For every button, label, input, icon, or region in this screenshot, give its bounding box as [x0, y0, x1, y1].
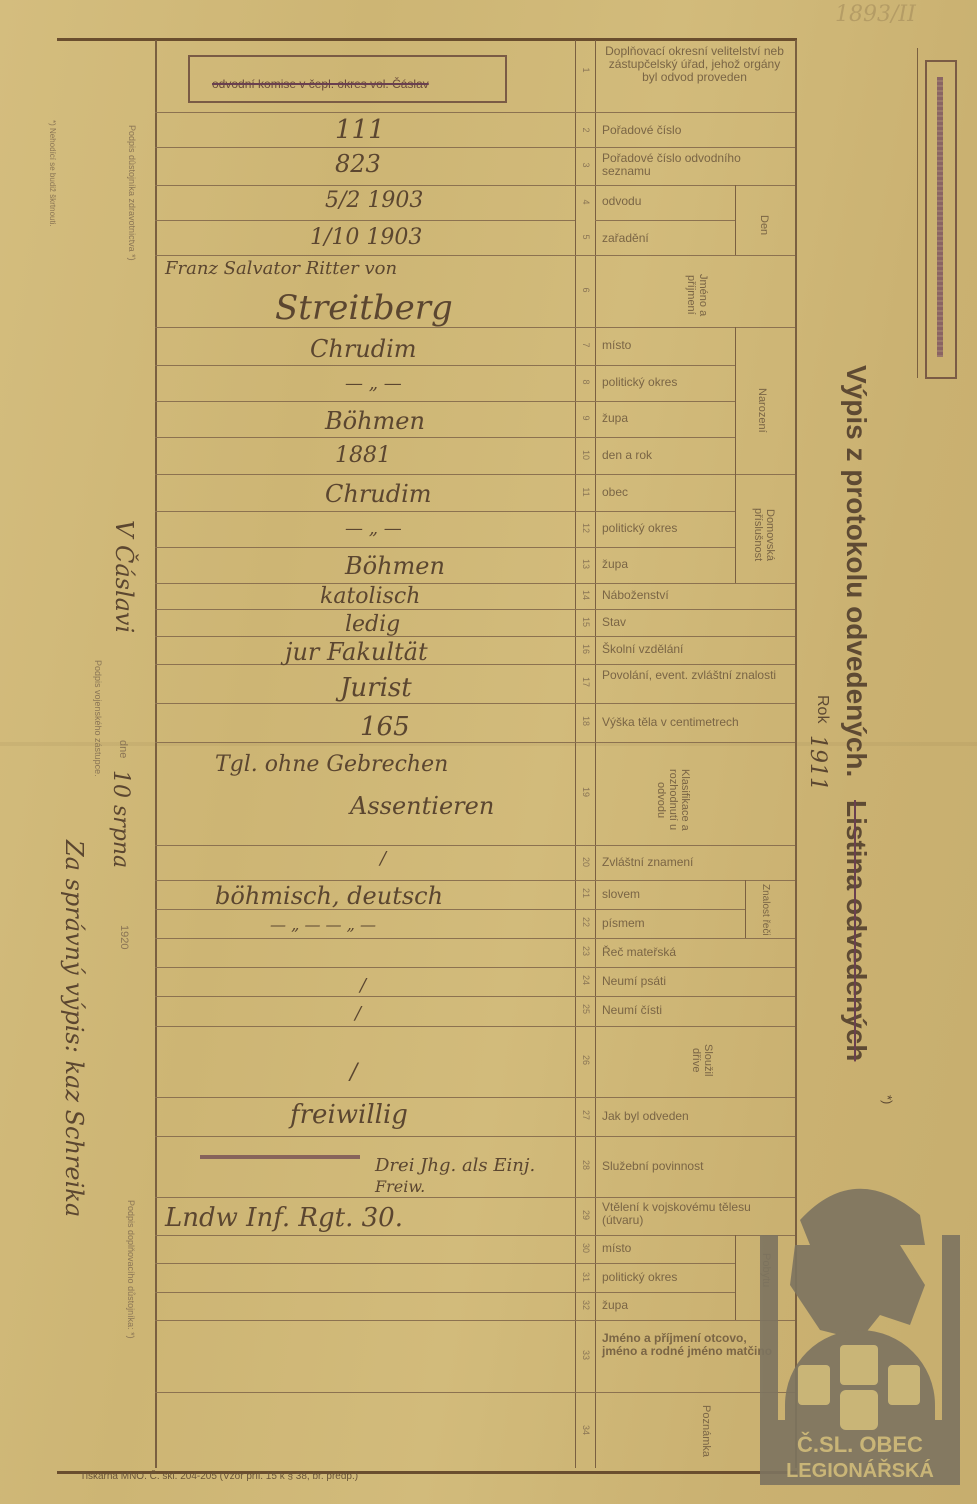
field-label-how-drafted: Jak byl odveden — [602, 1110, 689, 1123]
row-divider — [155, 938, 795, 939]
place-value: V Čáslavi — [110, 520, 138, 633]
row-number: 8 — [581, 373, 591, 391]
row-divider — [155, 1026, 795, 1027]
row-number: 2 — [581, 121, 591, 139]
field-label-service-duty: Služební povinnost — [602, 1160, 703, 1173]
struck-stamp-right — [925, 60, 957, 379]
value-service-duty-2: Freiw. — [375, 1177, 425, 1196]
group-label-birth: Narození — [756, 370, 768, 450]
row-number: 6 — [581, 281, 591, 299]
row-number: 3 — [581, 156, 591, 174]
row-number: 10 — [581, 446, 591, 464]
row-divider — [155, 474, 795, 475]
value-classification: Tgl. ohne Gebrechen — [215, 752, 448, 777]
group-divider — [735, 1235, 736, 1320]
field-label-height: Výška těla v centimetrech — [602, 716, 739, 729]
row-number: 29 — [581, 1206, 591, 1224]
value-marks: / — [380, 848, 386, 869]
row-number: 15 — [581, 613, 591, 631]
field-label-assignment-day: zařadění — [602, 232, 649, 245]
row-number: 7 — [581, 336, 591, 354]
struck-printed-text — [200, 1155, 360, 1159]
field-label-birth-date: den a rok — [602, 449, 652, 462]
value-birth-place: Chrudim — [310, 335, 417, 363]
row-divider — [155, 845, 795, 846]
stamp-text: odvodní komise v čepl. okres vol. Čáslav — [212, 77, 429, 91]
value-lang-spoken: böhmisch, deutsch — [215, 882, 443, 910]
year-value-left: 1920 — [118, 925, 130, 949]
medical-officer-signature-label: Podpis dûstojníka zdravotnictva *) — [127, 125, 137, 261]
row-number: 21 — [581, 884, 591, 902]
field-label-stay-district: politický okres — [602, 1271, 677, 1284]
row-number: 30 — [581, 1239, 591, 1257]
row-divider — [155, 967, 795, 968]
row-number: 12 — [581, 519, 591, 537]
row-number: 9 — [581, 409, 591, 427]
row-divider — [155, 112, 795, 113]
row-divider — [155, 1097, 795, 1098]
value-first-name: Franz Salvator Ritter von — [165, 258, 397, 279]
value-education: jur Fakultät — [285, 638, 428, 666]
commission-stamp: odvodní komise v čepl. okres vol. Čáslav — [188, 55, 507, 103]
handwritten-certification: Za správný výpis: kaz Schreika — [60, 840, 88, 1217]
row-divider — [595, 220, 735, 221]
field-label-list-number: Pořadové číslo odvodního seznamu — [602, 152, 787, 178]
row-divider — [155, 255, 795, 256]
field-label-lang-written: písmem — [602, 917, 645, 930]
value-cannot-write: / — [360, 975, 366, 996]
field-label-stay-place: místo — [602, 1242, 631, 1255]
row-divider — [155, 437, 735, 438]
value-decision: Assentieren — [350, 792, 494, 820]
printer-footer: Tiskárna MNO. Č. skl. 204-205 (Vzor příl… — [80, 1471, 358, 1482]
year-label: Rok — [813, 695, 831, 723]
row-number: 33 — [581, 1346, 591, 1364]
value-birth-year: 1881 — [335, 443, 391, 468]
row-number: 34 — [581, 1421, 591, 1439]
row-number: 24 — [581, 971, 591, 989]
row-divider — [155, 703, 795, 704]
row-divider — [155, 1136, 795, 1137]
field-label-birth-region: župa — [602, 412, 628, 425]
field-label-home-region: župa — [602, 558, 628, 571]
row-number: 22 — [581, 913, 591, 931]
row-divider — [155, 1197, 795, 1198]
row-number: 14 — [581, 586, 591, 604]
svg-text:LEGIONÁŘSKÁ: LEGIONÁŘSKÁ — [786, 1458, 934, 1482]
group-label-language: Znalost řeči — [760, 882, 771, 937]
year-value: 1911 — [805, 735, 830, 791]
row-number: 11 — [581, 483, 591, 501]
value-lang-written: — „ — — „ — — [270, 915, 376, 934]
field-label-home-municipality: obec — [602, 486, 628, 499]
row-number: 17 — [581, 673, 591, 691]
right-border-line — [917, 48, 918, 378]
value-height: 165 — [360, 712, 410, 742]
field-label-note: Poznámka — [700, 1398, 712, 1463]
row-number: 32 — [581, 1296, 591, 1314]
row-number: 13 — [581, 555, 591, 573]
row-divider — [155, 1235, 795, 1236]
value-home-municipality: Chrudim — [325, 480, 432, 508]
field-label-draft-day: odvodu — [602, 195, 641, 208]
field-label-religion: Náboženství — [602, 589, 669, 602]
date-value: 10 srpna — [108, 770, 133, 868]
group-divider — [735, 185, 736, 255]
date-label: dne — [117, 740, 129, 758]
field-label-status: Stav — [602, 616, 626, 629]
row-number: 25 — [581, 1000, 591, 1018]
field-label-mother-tongue: Řeč mateřská — [602, 946, 676, 959]
struck-title: Listina odvedených — [840, 800, 872, 1061]
row-divider — [155, 1292, 735, 1293]
field-label-served-before: Sloužil dříve — [690, 1040, 714, 1080]
row-divider — [155, 583, 795, 584]
field-label-parents: Jméno a příjmení otcovo, jméno a rodné j… — [602, 1332, 777, 1358]
row-divider — [155, 327, 795, 328]
field-label-cannot-write: Neumí psáti — [602, 975, 666, 988]
row-number: 19 — [581, 783, 591, 801]
svg-text:Č.SL. OBEC: Č.SL. OBEC — [797, 1432, 923, 1457]
row-divider — [155, 220, 575, 221]
document-title: Výpis z protokolu odvedených. — [840, 365, 872, 777]
value-list-number: 823 — [335, 150, 381, 178]
recruiting-officer-signature-label: Podpis doplňovacího důstojníka: *) — [126, 1200, 136, 1339]
row-divider — [155, 1263, 735, 1264]
field-label-home-district: politický okres — [602, 522, 677, 535]
footnote: *) Nehodící se budiž škrtnouti. — [48, 120, 57, 227]
row-divider — [155, 511, 735, 512]
field-label-occupation: Povolání, event. zvláštní znalosti — [602, 669, 782, 682]
row-divider — [155, 1320, 795, 1321]
row-divider — [155, 664, 795, 665]
archive-number: 1893/II — [835, 2, 916, 27]
field-label-lang-spoken: slovem — [602, 888, 640, 901]
value-unit: Lndw Inf. Rgt. 30. — [165, 1203, 403, 1233]
row-number: 28 — [581, 1156, 591, 1174]
field-label-order-number: Pořadové číslo — [602, 124, 681, 137]
row-divider — [155, 609, 795, 610]
field-label-birth-place: místo — [602, 339, 631, 352]
field-label-cannot-read: Neumí čísti — [602, 1004, 662, 1017]
field-label-commission: Doplňovací okresní velitelství neb zástu… — [602, 45, 787, 84]
row-divider — [155, 185, 795, 186]
row-number: 23 — [581, 942, 591, 960]
value-status: ledig — [345, 612, 400, 637]
row-number: 16 — [581, 640, 591, 658]
row-number: 26 — [581, 1051, 591, 1069]
value-religion: katolisch — [320, 584, 420, 609]
row-divider — [155, 401, 735, 402]
military-signature-label: Podpis vojenského zástupce. — [93, 660, 103, 777]
soldier-emblem-icon: Č.SL. OBEC LEGIONÁŘSKÁ — [760, 1165, 960, 1485]
row-divider — [155, 996, 795, 997]
title-footnote-mark: *) — [880, 1095, 895, 1104]
row-divider — [155, 1392, 795, 1393]
row-number: 1 — [581, 61, 591, 79]
value-draft-date: 5/2 1903 — [325, 188, 423, 213]
row-divider — [155, 147, 795, 148]
value-home-district: — „ — — [345, 518, 402, 539]
group-divider — [745, 880, 746, 938]
row-number: 5 — [581, 228, 591, 246]
value-order-number: 111 — [335, 115, 385, 145]
field-label-stay-region: župa — [602, 1299, 628, 1312]
value-surname: Streitberg — [275, 288, 453, 328]
row-number: 27 — [581, 1106, 591, 1124]
legion-logo: Č.SL. OBEC LEGIONÁŘSKÁ — [760, 1165, 960, 1485]
row-divider — [155, 636, 795, 637]
field-label-name: Jméno a příjmení — [685, 265, 709, 325]
value-service-duty: Drei Jhg. als Einj. — [375, 1155, 535, 1176]
value-occupation: Jurist — [340, 673, 412, 703]
row-number: 4 — [581, 193, 591, 211]
row-divider — [155, 880, 795, 881]
group-divider — [735, 327, 736, 583]
row-divider — [155, 742, 795, 743]
value-assignment-date: 1/10 1903 — [310, 225, 422, 250]
value-birth-region: Böhmen — [325, 407, 425, 435]
field-label-education: Školní vzdělání — [602, 643, 683, 656]
field-label-birth-district: politický okres — [602, 376, 677, 389]
value-how-drafted: freiwillig — [290, 1100, 408, 1130]
row-divider — [155, 365, 735, 366]
row-number: 20 — [581, 853, 591, 871]
value-cannot-read: / — [355, 1003, 361, 1024]
row-number: 18 — [581, 712, 591, 730]
group-label-day: Den — [758, 205, 770, 245]
value-birth-district: — „ — — [345, 373, 402, 394]
field-label-marks: Zvláštní znamení — [602, 856, 693, 869]
row-divider — [155, 547, 735, 548]
value-served-before: / — [350, 1060, 357, 1085]
value-home-region: Böhmen — [345, 552, 445, 580]
field-label-classification: Klasifikace a rozhodnutí u odvodu — [655, 760, 691, 840]
group-label-domicile: Domovská příslušnost — [752, 495, 776, 575]
row-number: 31 — [581, 1268, 591, 1286]
